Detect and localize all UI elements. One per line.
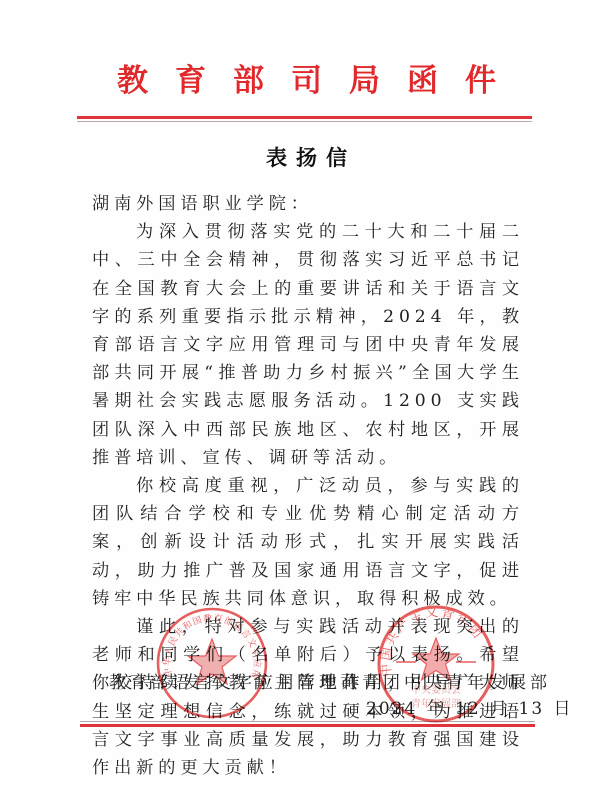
seal-right-inner-line1: 中央委员会 [411,683,461,696]
star-icon [188,639,236,684]
header-divider-thin [77,121,532,122]
footer-divider-thick [80,724,535,727]
salutation: 湖南外国语职业学院： [92,190,524,218]
letterhead-title: 教育部司局函件 [0,62,613,100]
document-page: 教育部司局函件 表扬信 湖南外国语职业学院： 为深入贯彻落实党的二十大和二十届二… [0,0,613,808]
paragraph-1: 为深入贯彻落实党的二十大和二十届二中、三中全会精神，贯彻落实习近平总书记在全国教… [92,218,524,472]
official-seal-right: 中国共产主义青年团 中央委员会 青年发展部 [376,604,496,724]
header-divider-thick [77,116,532,119]
paragraph-2: 你校高度重视，广泛动员，参与实践的团队结合学校和专业优势精心制定活动方案，创新设… [92,472,524,613]
star-icon [413,638,459,680]
official-seal-left: 中华人民共和国教育部语言文字应用管理司 [155,606,269,720]
seal-right-inner-line2: 青年发展部 [411,697,461,710]
letter-title: 表扬信 [0,144,613,172]
